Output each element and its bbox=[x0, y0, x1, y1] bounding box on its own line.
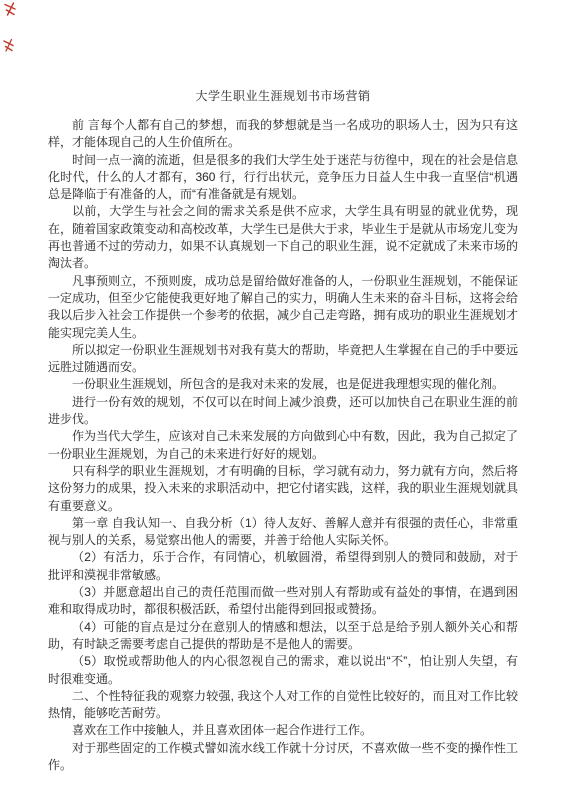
paragraph: 凡事预则立，不预则废，成功总是留给做好准备的人，一份职业生涯规划，不能保证一定成… bbox=[48, 273, 518, 342]
paragraph-foreword: 前 言每个人都有自己的梦想，而我的梦想就是当一名成功的职场人士，因为只有这样，才… bbox=[48, 117, 518, 152]
paragraph-item-5: （5）取悦或帮助他人的内心很忽视自己的需求，难以说出“不”，怕让别人失望，有时很… bbox=[48, 653, 518, 688]
paragraph-item-3: （3）并愿意超出自己的责任范围而做一些对别人有帮助或有益处的事情，在遇到困难和取… bbox=[48, 584, 518, 619]
paragraph: 对于那些固定的工作模式譬如流水线工作就十分讨厌，不喜欢做一些不变的操作性工作。 bbox=[48, 740, 518, 775]
red-pen-mark-icon bbox=[3, 38, 16, 52]
paragraph: 只有科学的职业生涯规划，才有明确的目标，学习就有动力，努力就有方向，然后将这份努… bbox=[48, 463, 518, 515]
document-title: 大学生职业生涯规划书市场营销 bbox=[0, 0, 566, 103]
document-page: 大学生职业生涯规划书市场营销 前 言每个人都有自己的梦想，而我的梦想就是当一名成… bbox=[0, 0, 566, 800]
paragraph-item-4: （4）可能的盲点是过分在意别人的情感和想法，以至于总是给予别人额外关心和帮助，有… bbox=[48, 619, 518, 654]
paragraph-personality: 二、个性特征我的观察力较强, 我这个人对工作的自觉性比较好的，而且对工作比较热情… bbox=[48, 688, 518, 723]
paragraph: 作为当代大学生，应该对自己未来发展的方向做到心中有数，因此，我为自己拟定了一份职… bbox=[48, 428, 518, 463]
paragraph: 所以拟定一份职业生涯规划书对我有莫大的帮助，毕竟把人生掌握在自己的手中要远远胜过… bbox=[48, 342, 518, 377]
paragraph: 时间一点一滴的流逝，但是很多的我们大学生处于迷茫与彷徨中，现在的社会是信息化时代… bbox=[48, 152, 518, 204]
paragraph: 以前，大学生与社会之间的需求关系是供不应求，大学生具有明显的就业优势，现在，随着… bbox=[48, 203, 518, 272]
paragraph: 喜欢在工作中接触人，并且喜欢团体一起合作进行工作。 bbox=[48, 722, 518, 739]
paragraph-chapter-1-self-analysis: 第一章 自我认知一、自我分析（1）待人友好、善解人意并有很强的责任心，非常重视与… bbox=[48, 515, 518, 550]
red-pen-mark-icon bbox=[4, 2, 17, 16]
paragraph-item-2: （2）有活力，乐于合作，有同情心，机敏圆滑，希望得到别人的赞同和鼓励，对于批评和… bbox=[48, 549, 518, 584]
paragraph: 一份职业生涯规划，所包含的是我对未来的发展，也是促进我理想实现的催化剂。 bbox=[48, 376, 518, 393]
document-body: 前 言每个人都有自己的梦想，而我的梦想就是当一名成功的职场人士，因为只有这样，才… bbox=[0, 103, 566, 774]
paragraph: 进行一份有效的规划，不仅可以在时间上减少浪费，还可以加快自己在职业生涯的前进步伐… bbox=[48, 394, 518, 429]
